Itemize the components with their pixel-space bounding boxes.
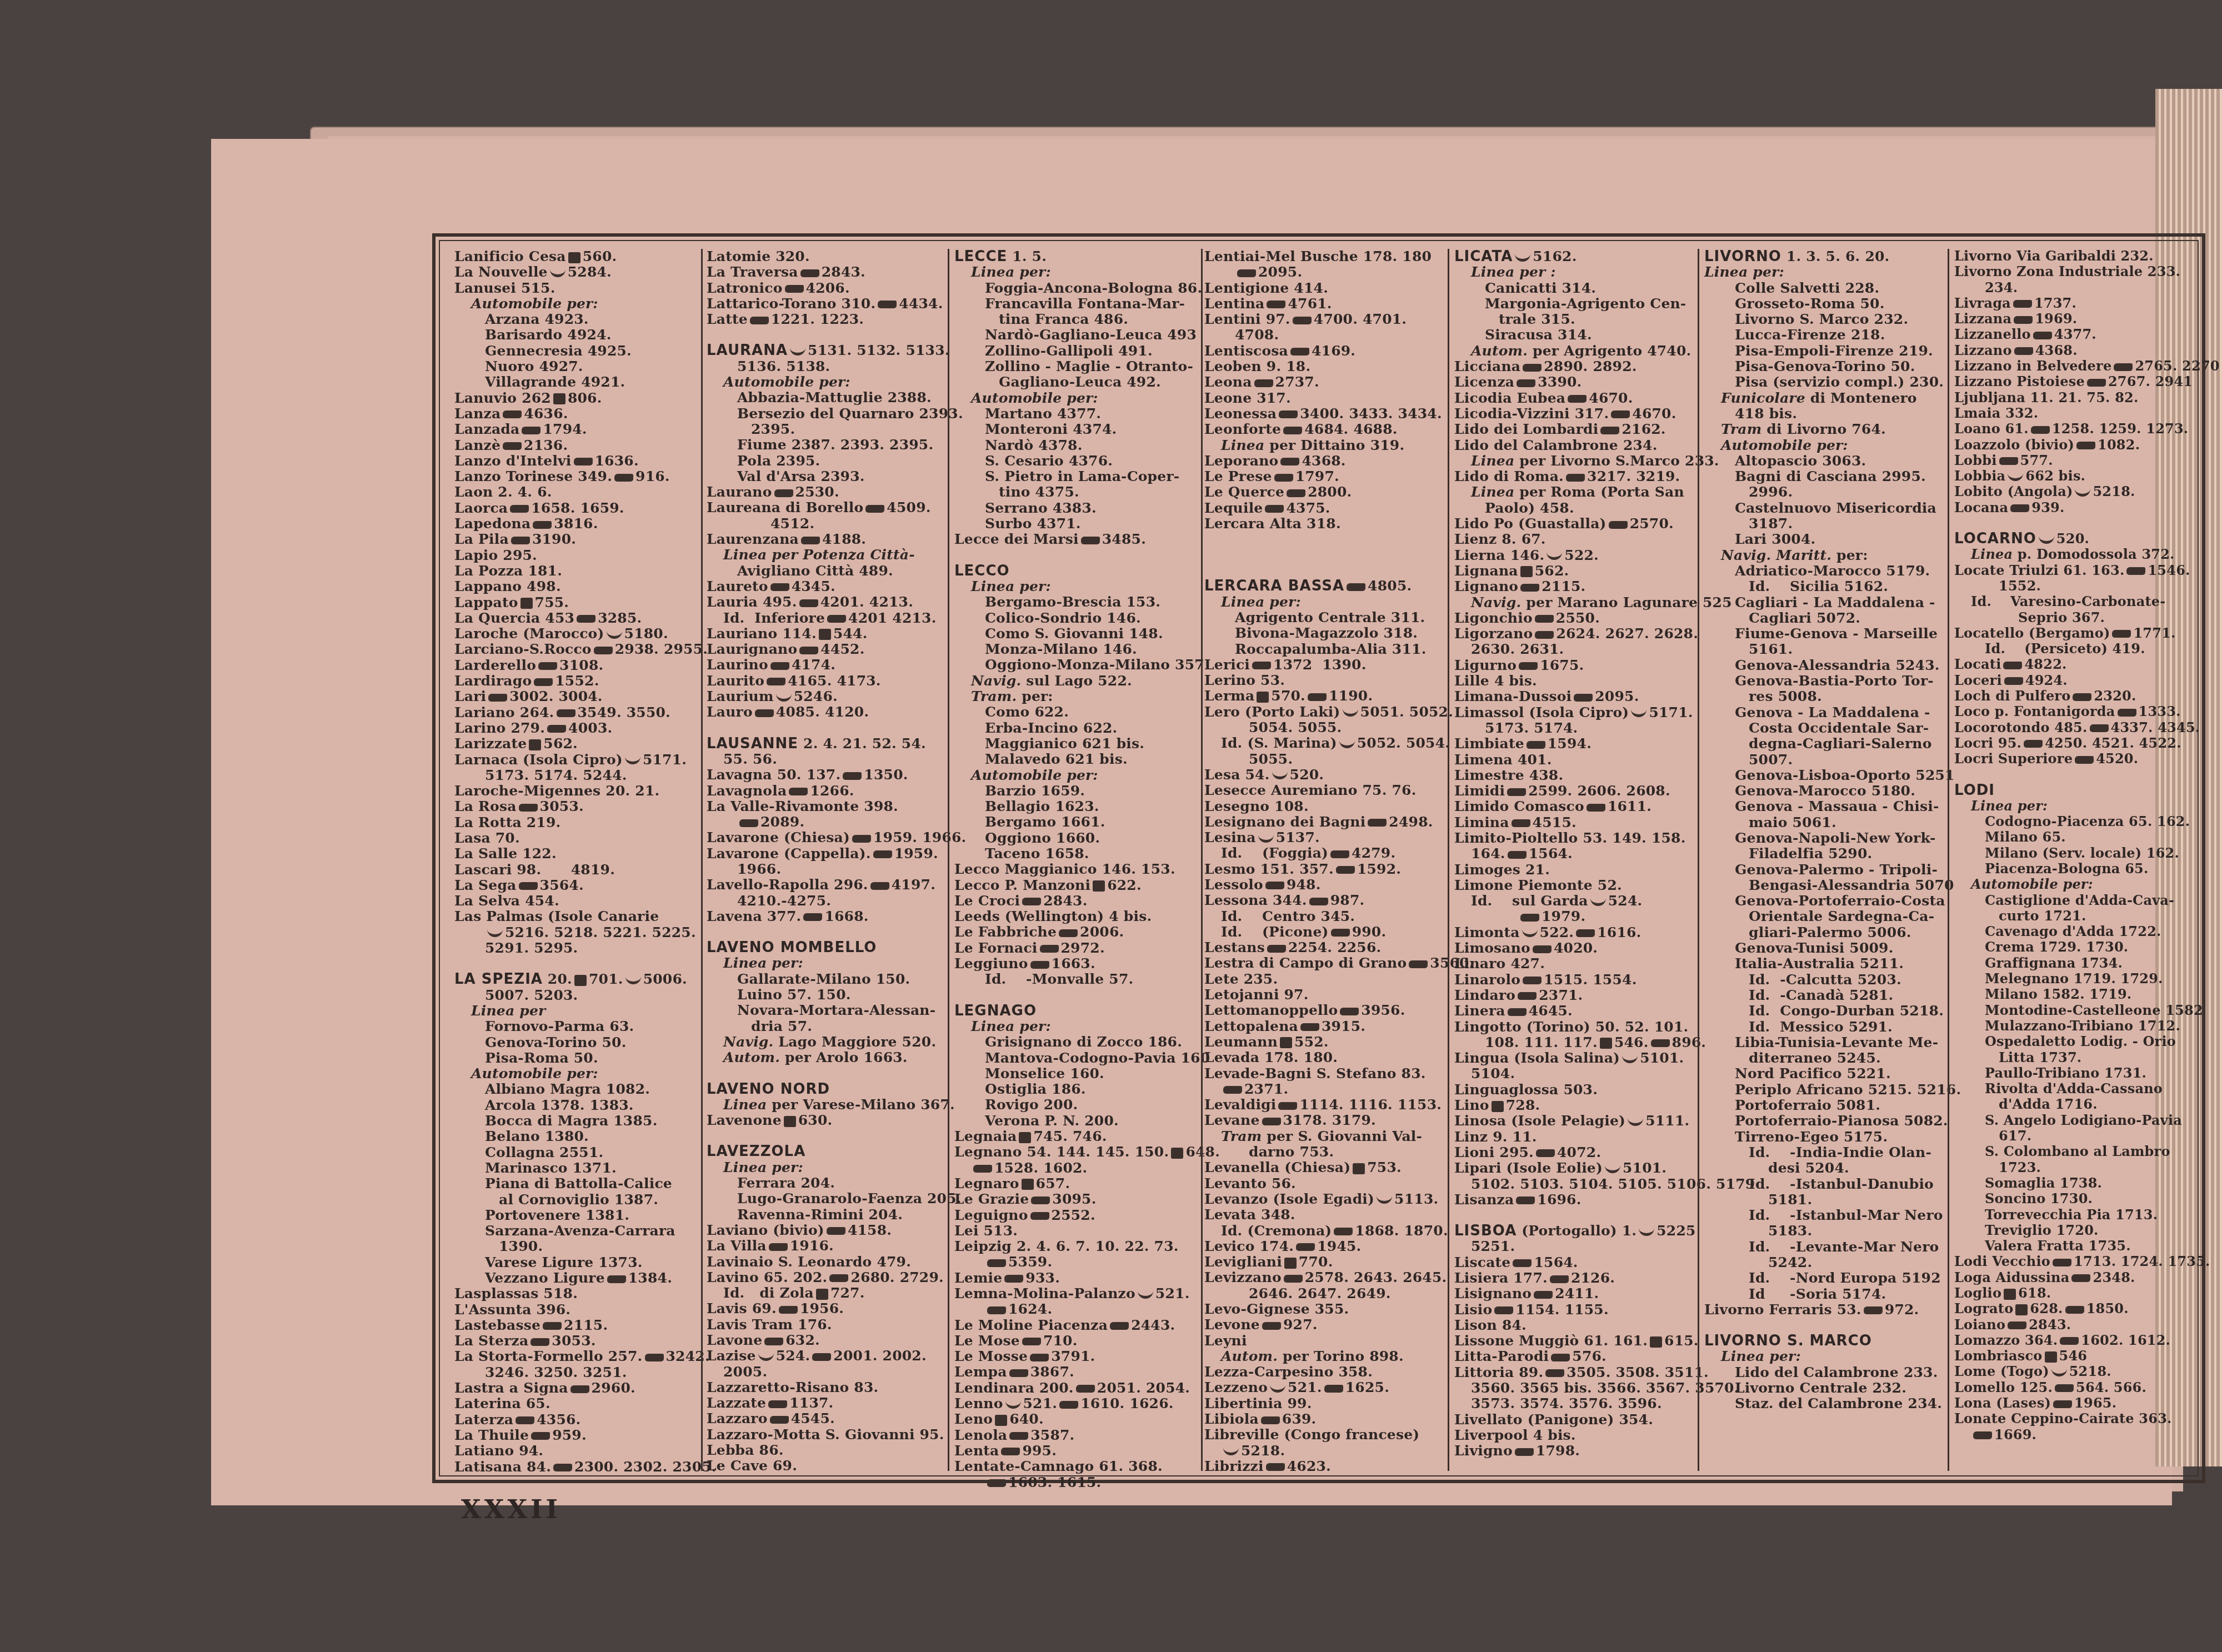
timetable-refs: 1. 5. [1007, 248, 1047, 264]
ship-icon [625, 757, 640, 764]
entry-text: Crema 1729. 1730. [1985, 939, 2128, 955]
index-entry: Loazzolo (bivio)1082. [1954, 438, 2199, 453]
timetable-refs: 1350. [864, 767, 908, 783]
ship-icon [1590, 898, 1606, 906]
index-entry: 3246. 3250. 3251. [454, 1365, 699, 1380]
index-entry: Linosa (Isole Pelagie)5111. [1454, 1113, 1699, 1129]
bus-icon [543, 1322, 562, 1330]
index-entry: Limoges 21. [1454, 862, 1699, 878]
bus-icon [1265, 882, 1284, 889]
bus-icon [1527, 741, 1545, 749]
timetable-refs: 1669. [1994, 1426, 2036, 1443]
entry-text: Lauria 495. [707, 594, 797, 610]
timetable-refs: 522. [1540, 924, 1574, 940]
timetable-refs: 521. [1155, 1285, 1190, 1301]
timetable-refs: 1221. 1223. [771, 311, 864, 327]
index-entry: Graffignana 1734. [1954, 956, 2199, 972]
index-entry: Lisignano2411. [1454, 1286, 1699, 1301]
station-heading: LAURANA5131. 5132. 5133. [707, 343, 945, 358]
index-entry: Lete 235. [1204, 972, 1449, 987]
bus-icon [1551, 1354, 1570, 1361]
index-entry: Lettomanoppello3956. [1204, 1003, 1449, 1018]
entry-text: Ravenna-Rimini 204. [737, 1207, 903, 1223]
index-entry: 1552. [1954, 579, 2199, 594]
entry-text: Lenta [954, 1443, 999, 1459]
entry-text: Limone Piemonte 52. [1454, 877, 1622, 893]
index-entry: La Selva 454. [454, 893, 699, 909]
ship-icon [487, 929, 503, 937]
entry-text: Lazzaro [707, 1410, 768, 1426]
entry-text: Lisio [1454, 1301, 1492, 1318]
timetable-refs: 4201 4213. [848, 610, 937, 626]
index-entry: 1603. 1615. [954, 1475, 1199, 1490]
index-entry: Automobile per: [707, 374, 945, 390]
entry-text: Arcola 1378. 1383. [485, 1097, 634, 1113]
index-entry: Lessolo948. [1204, 877, 1449, 893]
index-entry: 4210.-4275. [707, 893, 945, 909]
index-entry: Lido di Roma.3217. 3219. [1454, 469, 1699, 484]
ship-icon [1272, 772, 1288, 779]
index-entry: L'Assunta 396. [454, 1302, 699, 1318]
index-entry: Altopascio 3063. [1704, 453, 1949, 469]
index-entry: La Sega3564. [454, 878, 699, 893]
spacer [1204, 547, 1449, 563]
entry-text: Laureto [707, 578, 768, 594]
entry-text: Colle Salvetti 228. [1735, 280, 1879, 296]
index-entry: La Villa1916. [707, 1238, 945, 1254]
entry-text: dria 57. [751, 1018, 812, 1034]
timetable-refs: 4645. [1529, 1003, 1573, 1019]
entry-text: Lissone Muggiò 61. 161. [1454, 1333, 1648, 1349]
index-entry: Levanto 56. [1204, 1176, 1449, 1192]
spacer [954, 988, 1199, 1003]
index-entry: Lisanza1696. [1454, 1192, 1699, 1208]
timetable-refs: 806. [568, 390, 602, 406]
timetable-refs: 564. 566. [2076, 1379, 2146, 1395]
index-entry: Lavena 377.1668. [707, 909, 945, 924]
index-column-7: Livorno Via Garibaldi 232.Livorno Zona I… [1954, 249, 2199, 1443]
index-entry: S. Colombano al Lambro [1954, 1144, 2199, 1160]
entry-text: Lessona 344. [1204, 892, 1307, 908]
bus-icon [1545, 1369, 1564, 1377]
bus-icon [1004, 1275, 1023, 1283]
entry-text: Taceno 1658. [985, 845, 1089, 862]
entry-text: Lido dei Lombardi [1454, 421, 1598, 437]
index-entry: Le Grazie3095. [954, 1192, 1199, 1207]
index-entry: Livraga1737. [1954, 296, 2199, 312]
index-entry: Laureto4345. [707, 579, 945, 594]
entry-text: Lugo-Granarolo-Faenza 205. [737, 1190, 962, 1207]
timetable-refs: 948. [1287, 877, 1321, 893]
index-entry: 1390. [454, 1239, 699, 1254]
service-label: Tram [1221, 1128, 1262, 1144]
index-entry: Lanzo Torinese 349.916. [454, 469, 699, 484]
bus-icon [852, 835, 871, 843]
timetable-refs: 4636. [524, 406, 568, 422]
station-name: LOCARNO [1954, 530, 2036, 547]
index-entry: Id. Messico 5291. [1704, 1019, 1949, 1035]
index-entry: Livorno Centrale 232. [1704, 1380, 1949, 1396]
index-entry: 3560. 3565 bis. 3566. 3567. 3570. [1454, 1380, 1699, 1396]
entry-text: 4708. [1235, 327, 1279, 343]
index-entry: 5055. [1204, 752, 1449, 767]
timetable-refs: 1969. [2035, 311, 2077, 327]
timetable-refs: 933. [1025, 1270, 1060, 1286]
timetable-refs: 4684. 4688. [1304, 421, 1397, 437]
entry-text: per: [1017, 688, 1053, 704]
entry-text: Liscate [1454, 1254, 1510, 1270]
index-entry: Larino 279.4003. [454, 720, 699, 736]
ship-icon [2008, 473, 2023, 481]
entry-text: Lanusei 515. [454, 280, 555, 296]
index-entry: Levone927. [1204, 1317, 1449, 1333]
service-label: Linea [1221, 437, 1264, 453]
index-entry: Id. Sicilia 5162. [1704, 579, 1949, 594]
bus-icon [1022, 898, 1041, 905]
entry-text: Lanzo Torinese 349. [454, 468, 612, 484]
timetable-refs: 4368. [1302, 453, 1345, 469]
entry-text: Ospedaletto Lodig. - Orio [1985, 1033, 2176, 1049]
entry-text: Siracusa 314. [1485, 327, 1592, 343]
timetable-refs: 5246. [794, 688, 838, 704]
entry-text: Lentina [1204, 296, 1264, 312]
entry-text: Laureana di Borello [707, 499, 863, 515]
index-entry: 5173. 5174. [1454, 720, 1699, 736]
entry-text: Lempa [954, 1364, 1007, 1380]
entry-text: Livorno Zona Industriale 233. [1954, 263, 2180, 279]
entry-text: S. Angelo Lodigiano-Pavia [1985, 1112, 2182, 1128]
bus-icon [739, 819, 758, 827]
station-heading: LIVORNO 1. 3. 5. 6. 20. [1704, 249, 1949, 264]
entry-text: Lasplassas 518. [454, 1285, 578, 1301]
index-entry: Genova-Portoferraio-Costa [1704, 893, 1949, 909]
index-entry: Paolo) 458. [1454, 500, 1699, 516]
entry-text: La Thuile [454, 1427, 529, 1443]
entry-text: Lucca-Firenze 218. [1735, 327, 1885, 343]
entry-text: Id. -Calcutta 5203. [1749, 972, 1901, 988]
timetable-refs: 4670. [1632, 406, 1676, 422]
entry-text: Oggiono 1660. [985, 830, 1100, 846]
index-entry: Lerici1372 1390. [1204, 657, 1449, 673]
index-entry: Lucca-Firenze 218. [1704, 327, 1949, 343]
entry-text: Licodia-Vizzini 317. [1454, 406, 1609, 422]
index-entry: Lanza4636. [454, 406, 699, 422]
bus-icon [503, 442, 522, 450]
ship-icon [607, 631, 622, 639]
entry-text: Tirreno-Egeo 5175. [1735, 1129, 1888, 1145]
entry-text: Portoferraio 5081. [1735, 1097, 1880, 1113]
index-entry: Genova-Lisboa-Oporto 5251 [1704, 768, 1949, 783]
timetable-refs: 3390. [1538, 374, 1582, 390]
entry-text: Levizzano [1204, 1269, 1282, 1285]
bus-icon [607, 1275, 626, 1283]
entry-text: Treviglio 1720. [1985, 1222, 2099, 1238]
index-entry: Valera Fratta 1735. [1954, 1239, 2199, 1254]
timetable-refs: 3400. 3433. 3434. [1300, 406, 1442, 422]
index-entry: Surbo 4371. [954, 516, 1199, 532]
bus-icon [1280, 458, 1299, 465]
index-entry: Litta-Parodi576. [1454, 1349, 1699, 1364]
index-entry: al Cornoviglio 1387. [454, 1192, 699, 1208]
ship-icon [1639, 1228, 1654, 1236]
tram-icon [1093, 880, 1105, 892]
index-entry: Nuoro 4927. [454, 359, 699, 374]
index-entry: Locorotondo 485.4337. 4345. [1954, 720, 2199, 736]
index-entry: Ligurno1675. [1454, 658, 1699, 673]
index-entry: Linea per: [954, 579, 1199, 594]
bus-icon [764, 1338, 783, 1345]
bus-icon [531, 1432, 550, 1440]
index-entry: Lerino 53. [1204, 673, 1449, 688]
index-entry: Pola 2395. [707, 453, 945, 469]
entry-text: Limidi [1454, 783, 1505, 799]
entry-text: Lesecce Auremiano 75. 76. [1204, 782, 1417, 798]
service-label: Automobile per: [723, 374, 850, 390]
entry-text: Genova-Lisboa-Oporto 5251 [1735, 767, 1955, 783]
entry-text: Lesina [1204, 829, 1256, 845]
index-entry: Id. Centro 345. [1204, 909, 1449, 924]
spacer [1454, 1208, 1699, 1223]
index-entry: Lobbia662 bis. [1954, 469, 2199, 484]
index-entry: Lazise524.2001. 2002. [707, 1348, 945, 1364]
index-entry: Bellagio 1623. [954, 799, 1199, 814]
entry-text: Val d'Arsa 2393. [737, 468, 865, 484]
index-entry: Rivolta d'Adda-Cassano [1954, 1082, 2199, 1097]
index-entry: Lmaia 332. [1954, 406, 2199, 422]
ship-icon [1547, 552, 1562, 560]
bus-icon [1574, 694, 1593, 702]
index-entry: Limbiate1594. [1454, 736, 1699, 752]
timetable-refs: 1868. 1870. [1355, 1223, 1448, 1239]
index-entry: 3573. 3574. 3576. 3596. [1454, 1396, 1699, 1411]
station-heading: LIVORNO S. MARCO [1704, 1333, 1949, 1349]
entry-text: Lezza-Carpesino 358. [1204, 1364, 1373, 1380]
bus-icon [1516, 1197, 1535, 1204]
entry-text: Larciano-S.Rocco [454, 641, 592, 657]
timetable-refs: 618. [2018, 1285, 2051, 1301]
entry-text: 108. 111. 117. [1485, 1034, 1598, 1050]
timetable-refs: 939. [2031, 499, 2064, 515]
index-entry: Lisio1154. 1155. [1454, 1302, 1699, 1318]
index-entry: 2371. [1204, 1082, 1449, 1097]
index-entry: Barisardo 4924. [454, 327, 699, 343]
index-entry: Lemie933. [954, 1270, 1199, 1286]
index-entry: Id. (Cremona)1868. 1870. [1204, 1223, 1449, 1239]
timetable-refs: 1965. [2074, 1395, 2116, 1411]
entry-text: Collagna 2551. [485, 1144, 603, 1160]
station-heading: LERCARA BASSA4805. [1204, 578, 1449, 594]
index-entry: Lesmo 151. 357.1592. [1204, 862, 1449, 877]
entry-text: 5007. [1749, 752, 1793, 768]
index-entry: Lavagnola1266. [707, 783, 945, 799]
entry-text: Lanuvio 262 [454, 390, 551, 406]
index-entry: Como S. Giovanni 148. [954, 626, 1199, 642]
entry-text: Castelnuovo Misericordia [1735, 500, 1936, 516]
entry-text: Lecco P. Manzoni [954, 877, 1090, 893]
timetable-refs: 3178. 3179. [1283, 1112, 1376, 1128]
index-entry: Livigno1798. [1454, 1443, 1699, 1459]
ship-icon [625, 977, 641, 984]
timetable-refs: 4377. [2054, 326, 2096, 342]
index-entry: Linea per [454, 1003, 699, 1019]
entry-text: Id. (Cremona) [1221, 1223, 1332, 1239]
ship-icon [1339, 740, 1355, 748]
index-entry: diterraneo 5245. [1704, 1050, 1949, 1066]
index-entry: Francavilla Fontana-Mar- [954, 296, 1199, 312]
timetable-refs: 728. [1506, 1097, 1540, 1113]
index-entry: Lariano 264.3549. 3550. [454, 705, 699, 720]
timetable-refs: 1979. [1542, 908, 1585, 924]
entry-text: Soncino 1730. [1985, 1190, 2093, 1207]
entry-text: 5173. 5174. 5244. [485, 767, 627, 783]
index-entry: Leggiuno1663. [954, 956, 1199, 972]
entry-text: Genova-Palermo - Tripoli- [1735, 862, 1938, 878]
station-name: LAUSANNE [707, 735, 798, 752]
timetable-refs: 1794. [543, 421, 587, 437]
entry-text: Limassol (Isola Cipro) [1454, 704, 1629, 720]
spacer [707, 1128, 945, 1144]
timetable-refs: 916. [635, 468, 670, 484]
entry-text: per Livorno S.Marco 233. [1514, 453, 1719, 469]
index-entry: 2095. [1204, 264, 1449, 280]
bus-icon [1519, 662, 1538, 670]
entry-text: Genova-Bastia-Porto Tor- [1735, 673, 1934, 689]
entry-text: Lari 3004. [1735, 531, 1815, 547]
bus-icon [1494, 1306, 1513, 1314]
index-entry: Lempa3867. [954, 1364, 1199, 1380]
timetable-refs: 2006. [1080, 924, 1124, 940]
index-entry: Lanzo d'Intelvi1636. [454, 453, 699, 469]
entry-text: L'Assunta 396. [454, 1301, 570, 1318]
bus-icon [1973, 1431, 1992, 1439]
index-entry: Loch di Pulfero2320. [1954, 689, 2199, 704]
index-entry: Locana939. [1954, 500, 2199, 516]
index-entry: 418 bis. [1704, 406, 1949, 422]
entry-text: Locorotondo 485. [1954, 719, 2088, 735]
index-entry: Licciana2890. 2892. [1454, 359, 1699, 374]
spacer [707, 1066, 945, 1082]
entry-text: Limana-Dussoi [1454, 688, 1572, 704]
entry-text: Laroche (Marocco) [454, 625, 604, 642]
entry-text: Lome (Togo) [1954, 1363, 2049, 1379]
index-entry: Roccapalumba-Alia 311. [1204, 642, 1449, 657]
index-entry: Lestans2254. 2256. [1204, 940, 1449, 955]
entry-text: Orientale Sardegna-Ca- [1749, 908, 1934, 924]
timetable-refs: 1624. [1008, 1301, 1052, 1317]
entry-text: Lido Po (Guastalla) [1454, 515, 1607, 532]
index-entry: La Pila3190. [454, 532, 699, 547]
index-entry: Lari 3004. [1704, 532, 1949, 547]
entry-text: S. Colombano al Lambro [1985, 1143, 2170, 1159]
index-entry: Limidi2599. 2606. 2608. [1454, 783, 1699, 799]
bus-icon [534, 678, 553, 686]
timetable-refs: 4197. [892, 877, 935, 893]
entry-text: Lavagnola [707, 783, 787, 799]
entry-text: Lanzè [454, 437, 501, 453]
index-entry: 2395. [707, 422, 945, 437]
entry-text: Livorno Centrale 232. [1735, 1380, 1906, 1396]
bus-icon [873, 850, 892, 858]
entry-text: Linarolo [1454, 972, 1520, 988]
index-entry: Littoria 89.3505. 3508. 3511. [1454, 1365, 1699, 1380]
bus-icon [1534, 1291, 1553, 1299]
entry-text: Lazzate [707, 1395, 766, 1411]
index-entry: Lauriano 114.544. [707, 626, 945, 642]
entry-text: Genova-Alessandria 5243. [1735, 657, 1940, 673]
index-entry: Linea per: [954, 264, 1199, 280]
index-entry: Serrano 4383. [954, 500, 1199, 516]
bus-icon [577, 615, 595, 623]
entry-text: Leeds (Wellington) 4 bis. [954, 908, 1152, 924]
entry-text: Albiano Magra 1082. [485, 1081, 650, 1097]
index-entry: 5218. [1204, 1443, 1449, 1459]
bus-icon [987, 1306, 1006, 1314]
entry-text: Linguaglossa 503. [1454, 1082, 1598, 1098]
entry-text: Cagliari 5072. [1749, 610, 1860, 626]
timetable-refs: 524. [1608, 893, 1643, 909]
index-entry: Leona2737. [1204, 374, 1449, 390]
entry-text: Adriatico-Marocco 5179. [1735, 563, 1930, 579]
index-entry: Levigliani770. [1204, 1254, 1449, 1270]
index-entry: Lavagna 50. 137.1350. [707, 767, 945, 783]
bus-icon [1274, 474, 1293, 482]
column-divider [1948, 249, 1949, 1471]
tram-icon [2004, 1289, 2016, 1300]
index-entry: Cagliari 5072. [1704, 610, 1949, 626]
bus-icon [865, 505, 884, 513]
index-entry: Villagrande 4921. [454, 374, 699, 390]
service-label: Tram [1721, 421, 1761, 437]
index-entry: Lentiai-Mel Busche 178. 180 [1204, 249, 1449, 264]
index-entry: Livorno Via Garibaldi 232. [1954, 249, 2199, 264]
index-entry: Linea per Livorno S.Marco 233. [1454, 453, 1699, 469]
timetable-refs: 2320. [2094, 688, 2136, 704]
entry-text: Marinasco 1371. [485, 1160, 617, 1176]
timetable-refs: 4368. [2035, 342, 2078, 358]
entry-text: Arzana 4923. [485, 311, 589, 327]
index-entry: Milano 65. [1954, 830, 2199, 845]
index-entry: Lappano 498. [454, 579, 699, 594]
entry-text: Limestre 438. [1454, 767, 1563, 783]
entry-text: Licodia Eubea [1454, 390, 1565, 406]
entry-text: La Salle 122. [454, 845, 557, 862]
entry-text: Ljubljana 11. 21. 75. 82. [1954, 389, 2139, 406]
entry-text: Lercara Alta 318. [1204, 515, 1341, 532]
entry-text: Leumann [1204, 1034, 1278, 1050]
bus-icon [770, 583, 789, 591]
entry-text: Id. (Foggia) [1221, 845, 1328, 861]
entry-text: Seprio 367. [2018, 609, 2105, 625]
spacer [454, 956, 699, 972]
bus-icon [1566, 474, 1585, 482]
index-entry: Lerma570.1190. [1204, 688, 1449, 704]
entry-text: Genova-Tunisi 5009. [1735, 940, 1894, 956]
service-label: Automobile per: [471, 1065, 598, 1082]
timetable-refs: 1737. [2034, 295, 2076, 311]
entry-text: La Storta-Formello 257. [454, 1348, 643, 1364]
timetable-refs: 3915. [1322, 1018, 1365, 1034]
tram-icon [784, 1116, 796, 1127]
bus-icon [1076, 1385, 1095, 1393]
timetable-refs: 4761. [1288, 296, 1332, 312]
ship-icon [550, 269, 565, 277]
index-entry: Leipzig 2. 4. 6. 7. 10. 22. 73. [954, 1239, 1199, 1254]
timetable-refs: 577. [2020, 452, 2053, 468]
index-entry: Lentate-Camnago 61. 368. [954, 1459, 1199, 1474]
index-entry: 5007. [1704, 752, 1949, 768]
index-entry: Lastra a Signa2960. [454, 1380, 699, 1396]
index-entry: Bocca di Magra 1385. [454, 1113, 699, 1129]
